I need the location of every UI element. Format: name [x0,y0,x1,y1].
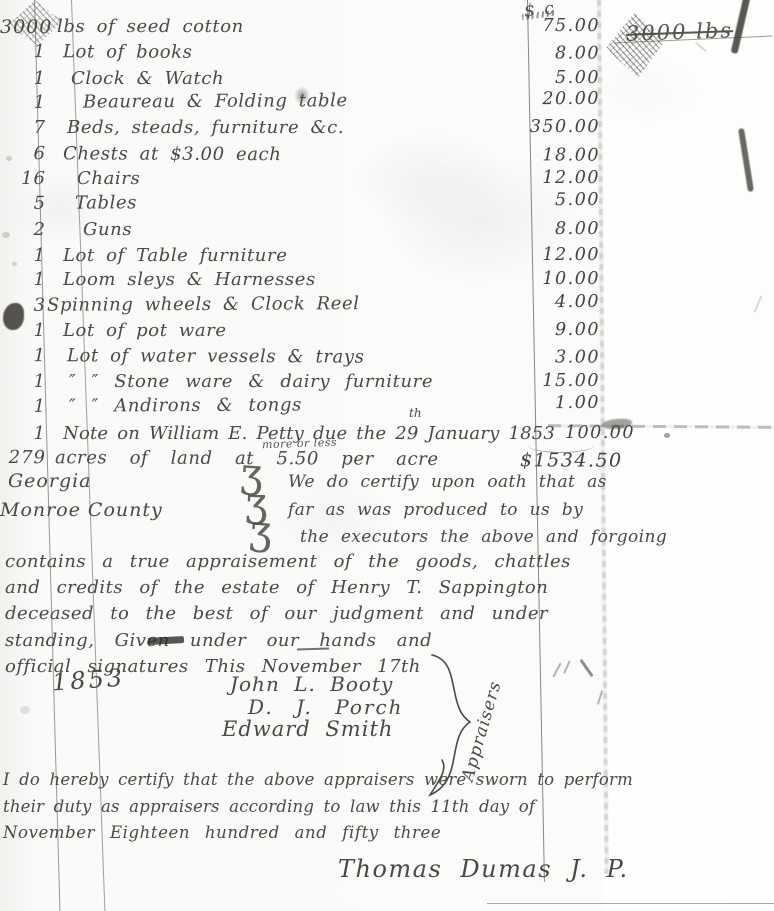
ledger-row: 1 Lot of water vessels & trays 3.00 [0,345,600,373]
certification-line: and credits of the estate of Henry T. Sa… [5,577,571,603]
certification-line: contains a true appraisement of the good… [5,551,571,577]
ledger-row: 3 Spinning wheels & Clock Reel 4.00 [0,292,600,320]
paper-fleck [2,232,10,238]
bottom-edge-line [487,903,774,904]
value-cell: 3.00 [520,348,600,368]
ledger-row: 6 Chests at $3.00 each 18.00 [0,143,600,171]
item-description-cell: Lot of water vessels & trays [67,346,520,369]
item-description-cell: Lot of Table furniture [63,245,520,266]
ink-blot [3,303,24,330]
ledger-row: 5 Tables 5.00 [0,190,600,218]
item-description-cell: Chairs [77,168,520,189]
value-cell: 350.00 [520,117,600,137]
item-description-cell: Chests at $3.00 each [63,143,520,166]
flourish-under-value [528,438,594,453]
signature: D. J. Porch [248,695,420,718]
ledger-row: 1 ″ ″ Andirons & tongs 1.00 [0,393,600,421]
paper-fleck [6,156,12,161]
value-cell: 8.00 [520,219,600,239]
value-cell: 15.00 [520,371,600,391]
jp-certificate-line: their duty as appraisers according to la… [3,797,633,824]
quantity-cell: 1 [0,396,55,417]
value-cell: 18.00 [520,145,600,165]
ink-streak [738,128,754,192]
item-description-cell: Lot of books [63,42,520,65]
ledger-row: 7 Beds, steads, furniture &c. 350.00 [0,117,600,142]
quantity-cell: 1 [0,269,55,290]
item-description-cell: lbs of seed cotton [57,16,520,37]
item-description-cell: ″ ″ Andirons & tongs [69,393,520,416]
quantity-cell: 1 [0,68,55,89]
value-cell: 12.00 [520,168,600,188]
item-description-cell: Lot of pot ware [63,320,520,341]
ledger-row: 2 Guns 8.00 [0,219,600,244]
ink-streak [731,0,751,54]
pencil-scribble [580,659,594,677]
value-cell: 20.00 [520,89,600,109]
ledger-row: 1 Lot of pot ware 9.00 [0,320,600,345]
jp-certificate-line: November Eighteen hundred and fifty thre… [3,823,633,850]
certification-line: deceased to the best of our judgment and… [5,603,571,629]
item-description-cell: Tables [75,191,520,214]
value-cell: 9.00 [520,320,600,340]
quantity-cell: 1 [0,345,55,366]
ledger-row: 1 Lot of Table furniture 12.00 [0,245,600,270]
pencil-scribble [695,42,707,53]
appraiser-signatures: John L. BootyD. J. PorchEdward Smith [0,672,420,740]
value-cell: 1.00 [520,393,600,413]
value-cell: 10.00 [520,269,600,289]
item-description-cell: Spinning wheels & Clock Reel [47,292,520,315]
quantity-cell: 5 [0,193,55,214]
quantity-cell: 16 [0,168,55,189]
smudge-stain [294,86,310,105]
certification-line: We do certify upon oath that as [288,472,667,500]
ledger-row: 3000 lbs of seed cotton 75.00 [0,16,600,41]
signature: John L. Booty [230,672,420,695]
quantity-cell: 279 [0,447,55,468]
jp-certificate-line: I do hereby certify that the above appra… [3,770,633,797]
inventory-ledger: 3000 lbs of seed cotton 75.00 1 Lot of b… [0,16,600,472]
jp-certificate: I do hereby certify that the above appra… [3,770,633,850]
certification-indented-lines: We do certify upon oath that asfar as wa… [288,472,667,555]
paper-fleck [20,706,30,714]
value-cell: 8.00 [520,44,600,64]
quantity-cell: 1 [0,41,55,62]
value-cell: 5.00 [520,190,600,210]
paper-fleck [12,262,17,266]
jp-signature: Thomas Dumas J. P. [338,855,629,883]
signature: Edward Smith [222,717,420,740]
place-label: Georgia [8,470,92,492]
county-label: Monroe County [0,499,163,521]
quantity-cell: 1 [0,423,55,444]
quantity-cell: 1 [0,92,55,113]
quantity-cell: 1 [0,371,55,392]
value-cell: 5.00 [520,68,600,88]
more-or-less-note: more or less [262,436,337,452]
item-description-cell: ″ ″ Stone ware & dairy furniture [69,371,520,392]
value-cell: 75.00 [520,16,600,36]
pencil-dot [664,433,670,438]
ledger-row: 1 Loom sleys & Harnesses 10.00 [0,269,600,294]
superscript-th-note: th [409,406,422,420]
item-description-cell: acres of land at 5.50 per acre [55,447,520,470]
value-cell: 4.00 [520,292,600,312]
quantity-cell: 7 [0,117,55,138]
item-description-cell: Beds, steads, furniture &c. [67,117,520,138]
item-description-cell: Guns [83,219,520,240]
value-cell: 12.00 [520,245,600,265]
certification-line: far as was produced to us by [288,500,667,528]
item-description-cell: Loom sleys & Harnesses [63,269,520,290]
pencil-scribble [754,295,763,312]
quantity-cell: 1 [0,245,55,266]
ledger-row: 1 Lot of books 8.00 [0,41,600,69]
appraisal-document-scan: $ c 3000 lbs of seed cotton 75.00 1 Lot … [0,0,774,911]
